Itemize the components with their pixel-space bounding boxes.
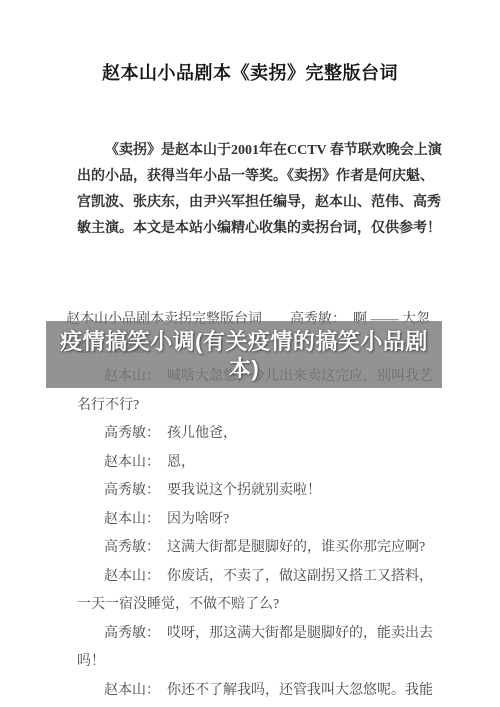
dialogue-line: 高秀敏： 要我说这个拐就别卖啦！: [77, 477, 467, 506]
watermark-overlay: 疫情搞笑小调(有关疫情的搞笑小品剧 本): [46, 321, 442, 388]
dialogue-line: 高秀敏： 孩儿他爸，: [77, 420, 467, 449]
article-page: 赵本山小品剧本《卖拐》完整版台词 《卖拐》是赵本山于2001年在CCTV 春节联…: [0, 0, 500, 707]
intro-paragraph: 《卖拐》是赵本山于2001年在CCTV 春节联欢晚会上演 出的小品，获得当年小品…: [77, 138, 426, 242]
watermark-overlay-line: 本): [46, 355, 442, 382]
intro-line: 出的小品，获得当年小品一等奖。《卖拐》作者是何庆魁、: [77, 164, 426, 190]
dialogue-line: 赵本山： 因为啥呀?: [77, 506, 467, 535]
watermark-overlay-line: 疫情搞笑小调(有关疫情的搞笑小品剧: [46, 328, 442, 355]
dialogue-line: 高秀敏： 这满大街都是腿脚好的，谁买你那完应啊?: [77, 534, 467, 563]
dialogue-line: 高秀敏： 哎呀，那这满大街都是腿脚好的，能卖出去: [77, 620, 467, 649]
intro-line: 宫凯波、张庆东，由尹兴军担任编导，赵本山、范伟、高秀: [77, 190, 426, 216]
dialogue-line: 赵本山： 恩，: [77, 449, 467, 478]
dialogue-line: 赵本山： 你还不了解我吗，还管我叫大忽悠呢。我能: [77, 677, 467, 706]
dialogue-line: 吗！: [77, 648, 467, 677]
dialogue-line: 赵本山： 你废话，不卖了，做这副拐又搭工又搭料，: [77, 563, 467, 592]
dialogue-line: 一天一宿没睡觉，不做不赔了么?: [77, 591, 467, 620]
article-title: 赵本山小品剧本《卖拐》完整版台词: [0, 0, 500, 86]
intro-line: 《卖拐》是赵本山于2001年在CCTV 春节联欢晚会上演: [77, 138, 426, 164]
intro-line: 敏主演。本文是本站小编精心收集的卖拐台词，仅供参考！: [77, 216, 426, 242]
dialogue-line: 名行不行?: [77, 392, 467, 421]
